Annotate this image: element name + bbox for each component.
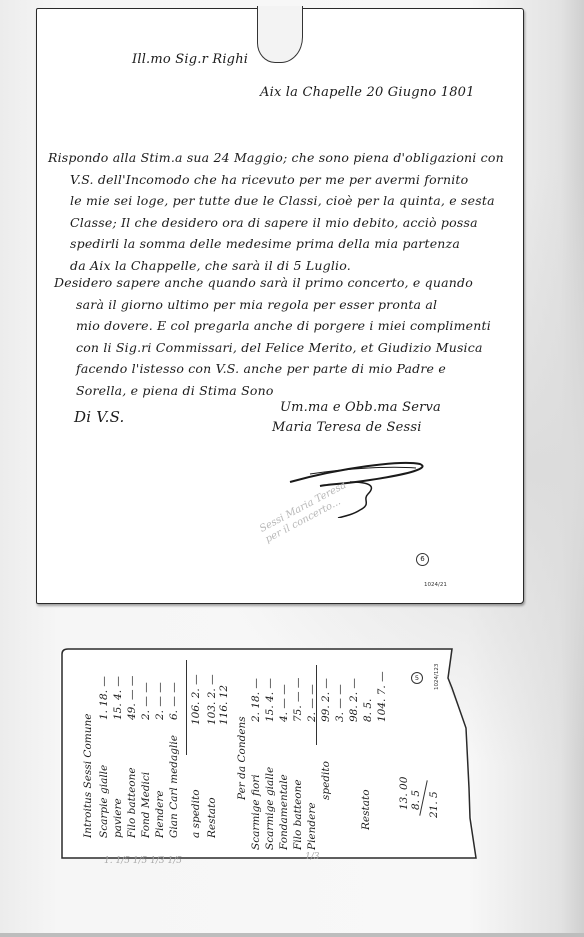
slip-value: 4. — — bbox=[278, 684, 290, 722]
slip-value: 21. 5 bbox=[428, 791, 440, 818]
slip-item: Scarpie gialle bbox=[98, 765, 110, 838]
slip-value: 103. 2. — bbox=[206, 674, 218, 725]
text-line: con li Sig.ri Commissari, del Felice Mer… bbox=[54, 337, 491, 359]
signature: Maria Teresa de Sessi bbox=[272, 420, 422, 435]
slip-heading: Introitus Sessi Comune bbox=[82, 714, 94, 838]
slip-item: Piendere bbox=[154, 790, 166, 838]
slip-item: Fondamentale bbox=[278, 774, 290, 850]
slip-item: Piendere bbox=[306, 802, 318, 850]
text-line: le mie sei loge, per tutte due le Classi… bbox=[48, 190, 504, 212]
slip-heading: Per da Condens bbox=[236, 716, 248, 800]
letter-dateline: Aix la Chapelle 20 Giugno 1801 bbox=[260, 85, 475, 100]
slip-value: 106. 2. — bbox=[190, 674, 202, 725]
letter-archive-number: 1024/21 bbox=[424, 582, 447, 588]
slip-item: Restato bbox=[360, 789, 372, 830]
slip-item: Scarmige fiori bbox=[250, 774, 262, 850]
slip-value: 3. — — bbox=[334, 684, 346, 722]
slip-archive-number: 1024/123 bbox=[434, 664, 440, 690]
text-line: mio dovere. E col pregarla anche di porg… bbox=[54, 315, 491, 337]
slip-value: 116. 12 bbox=[218, 685, 230, 725]
signature-flourish-icon bbox=[250, 438, 450, 518]
slip-item: Filo batteone bbox=[292, 779, 304, 850]
slip-item: spedito bbox=[320, 761, 332, 800]
closing-servant: Um.ma e Obb.ma Serva bbox=[280, 400, 441, 415]
slip-item: Scarmige gialle bbox=[264, 767, 276, 850]
slip-item: Filo batteone bbox=[126, 767, 138, 838]
slip-value: 1. 18. — bbox=[98, 676, 110, 720]
slip-value: 98. 2. — bbox=[348, 678, 360, 722]
slip-value: 15. 4. — bbox=[112, 676, 124, 720]
slip-value: 15. 4. — bbox=[264, 678, 276, 722]
letter-salutation: Ill.mo Sig.r Righi bbox=[132, 52, 248, 67]
slip-value: 75. — — bbox=[292, 678, 304, 722]
sum-rule bbox=[186, 660, 187, 755]
scan-bottom-edge bbox=[0, 933, 584, 937]
slip-item: paviere bbox=[112, 798, 124, 838]
letter-page-number: 6 bbox=[416, 553, 429, 566]
slip-value: 99. 2. — bbox=[320, 678, 332, 722]
slip-page-number: 5 bbox=[411, 672, 423, 684]
slip-value: 2. — — bbox=[154, 682, 166, 720]
text-line: V.S. dell'Incomodo che ha ricevuto per m… bbox=[48, 169, 504, 191]
below-slip-pencil: 1. 1/5 1/5 1/3 1/5 bbox=[104, 856, 182, 866]
text-line: Desidero sapere anche quando sarà il pri… bbox=[54, 272, 491, 294]
slip-value: 104. 7. — bbox=[376, 671, 388, 722]
slip-value: 8. 5. bbox=[362, 699, 374, 722]
text-line: Rispondo alla Stim.a sua 24 Maggio; che … bbox=[48, 147, 504, 169]
sum-rule bbox=[316, 665, 317, 745]
below-slip-pencil-2: 1/3 bbox=[305, 852, 319, 862]
text-line: facendo l'istesso con V.S. anche per par… bbox=[54, 358, 491, 380]
letter-paragraph-1: Rispondo alla Stim.a sua 24 Maggio; che … bbox=[48, 147, 504, 276]
slip-item: Restato bbox=[206, 797, 218, 838]
text-line: sarà il giorno ultimo per mia regola per… bbox=[54, 294, 491, 316]
slip-item: Fond Medici bbox=[140, 772, 152, 838]
torn-notch bbox=[257, 6, 303, 63]
slip-item: a spedito bbox=[190, 789, 202, 838]
closing-di-vs: Di V.S. bbox=[74, 408, 124, 426]
slip-value: 6. — — bbox=[168, 682, 180, 720]
slip-value: 49. — — bbox=[126, 676, 138, 720]
text-line: Sorella, e piena di Stima Sono bbox=[54, 380, 491, 402]
slip-item: Gian Carl medaglie bbox=[168, 735, 180, 838]
text-line: Classe; Il che desidero ora di sapere il… bbox=[48, 212, 504, 234]
text-line: spedirli la somma delle medesime prima d… bbox=[48, 233, 504, 255]
slip-value: 2. — — bbox=[140, 682, 152, 720]
slip-value: 13. 00 bbox=[398, 777, 410, 810]
slip-value: 2. 18. — bbox=[250, 678, 262, 722]
letter-paragraph-2: Desidero sapere anche quando sarà il pri… bbox=[54, 272, 491, 401]
